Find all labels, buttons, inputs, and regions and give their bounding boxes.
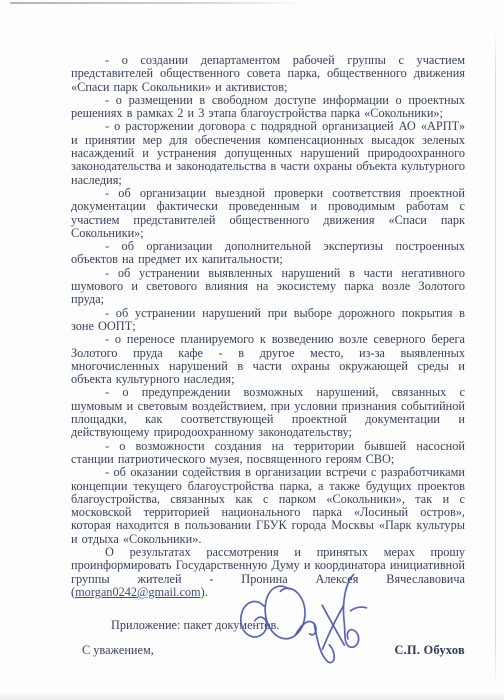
bullet-paragraph: - о создании департаментом рабочей групп…: [71, 54, 465, 94]
bullet-paragraph: - о размещении в свободном доступе инфор…: [71, 94, 465, 121]
email-link[interactable]: morgan0242@gmail.com: [75, 585, 201, 599]
handwritten-signature: [229, 569, 386, 673]
scan-artifact-bottom-shadow: [0, 691, 504, 700]
bullet-paragraph: - об устранении выявленных нарушений в ч…: [71, 267, 465, 307]
bullet-paragraph: - об оказании содействия в организации в…: [71, 466, 465, 546]
bullet-paragraph: - о расторжении договора с подрядной орг…: [71, 120, 465, 186]
bullet-paragraph: - об организации дополнительной эксперти…: [71, 240, 465, 267]
scanned-letter-page: - о создании департаментом рабочей групп…: [0, 0, 504, 700]
regards-text: С уважением,: [82, 644, 154, 657]
bullet-paragraph: - о предупреждении возможных нарушений, …: [71, 386, 465, 439]
signer-name: С.П. Обухов: [394, 644, 465, 657]
bullet-paragraph: - об организации выездной проверки соотв…: [71, 187, 465, 240]
bullet-paragraph: - о возможности создания на территории б…: [71, 440, 465, 467]
bullet-paragraph: - о переносе планируемого к возведению в…: [71, 333, 465, 386]
letter-body: - о создании департаментом рабочей групп…: [0, 0, 504, 658]
closing-text-after: ).: [201, 585, 208, 599]
bullet-paragraph: - об устранении нарушений при выборе дор…: [71, 307, 465, 334]
